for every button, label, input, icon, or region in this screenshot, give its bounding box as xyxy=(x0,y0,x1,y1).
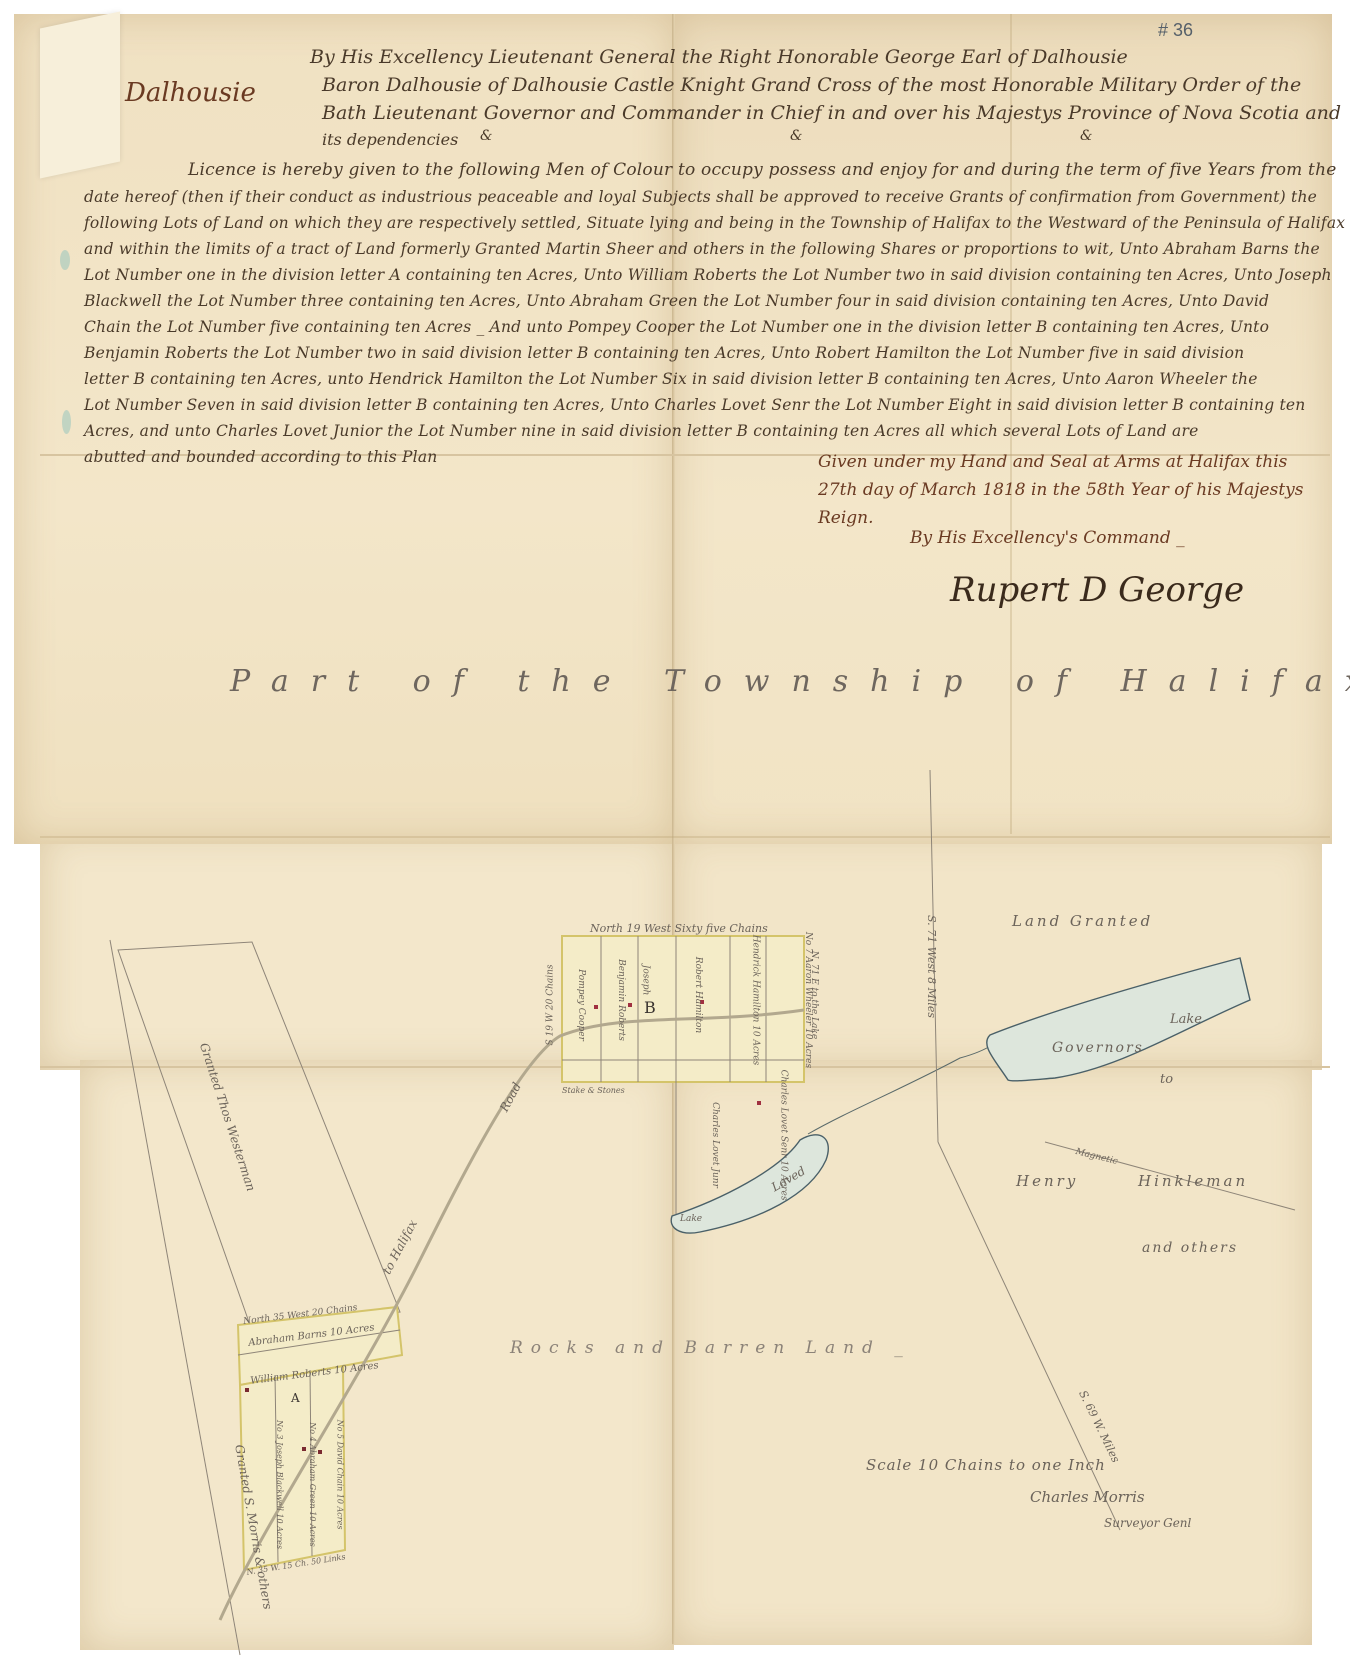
ink-stain xyxy=(62,410,71,434)
label-division-a: A xyxy=(291,1391,300,1405)
label-henry: Henry xyxy=(1016,1172,1078,1190)
label-land-granted: Land Granted xyxy=(1012,912,1153,930)
header-line-3: Bath Lieutenant Governor and Commander i… xyxy=(322,102,1341,124)
licence-line: Acres, and unto Charles Lovet Junior the… xyxy=(84,422,1198,440)
lot-b-6: Hendrick Hamilton 10 Acres xyxy=(750,935,760,1066)
margin-signature: Dalhousie xyxy=(125,78,256,108)
licence-line: Lot Number Seven in said division letter… xyxy=(84,396,1305,414)
lot-b-2: Benjamin Roberts xyxy=(616,959,626,1041)
reference-number: # 36 xyxy=(1158,20,1193,41)
header-line-2: Baron Dalhousie of Dalhousie Castle Knig… xyxy=(322,74,1301,96)
lot-b-3: Joseph xyxy=(640,965,650,996)
licence-line: Benjamin Roberts the Lot Number two in s… xyxy=(84,344,1244,362)
command-line: By His Excellency's Command _ xyxy=(910,528,1185,548)
licence-line: Chain the Lot Number five containing ten… xyxy=(84,318,1269,336)
licence-line: following Lots of Land on which they are… xyxy=(84,214,1345,232)
label-b-left-bearing: S 19 W 20 Chains xyxy=(546,964,556,1045)
label-lake: Lake xyxy=(1170,1012,1202,1027)
surveyor-name: Charles Morris xyxy=(1030,1488,1145,1506)
header-mark: & xyxy=(480,128,492,144)
label-hinkleman: Hinkleman xyxy=(1138,1172,1248,1190)
header-mark: & xyxy=(790,128,802,144)
label-bearing-north: S. 71 West 8 Miles xyxy=(925,915,938,1018)
folded-corner-seal xyxy=(40,11,120,178)
lot-b-8: Charles Lovet Senr 10 Acres xyxy=(778,1070,788,1201)
ink-stain xyxy=(60,250,70,270)
lot-b-9: Charles Lovet Junr xyxy=(710,1102,720,1188)
licence-line: Blackwell the Lot Number three containin… xyxy=(84,292,1269,310)
label-to: to xyxy=(1160,1072,1173,1087)
lot-a-4: No 4 Abraham Green 10 Acres xyxy=(308,1422,317,1547)
attestation-line: Reign. xyxy=(818,508,874,528)
label-division-b: B xyxy=(644,998,656,1017)
header-line-4: its dependencies xyxy=(322,130,458,149)
horizontal-fold xyxy=(40,1066,1330,1068)
paper-sheet-middle-right xyxy=(672,830,1322,1070)
label-rocks-barren-land: Rocks and Barren Land _ xyxy=(510,1338,911,1358)
licence-line: letter B containing ten Acres, unto Hend… xyxy=(84,370,1258,388)
label-and-others: and others xyxy=(1142,1240,1238,1256)
surveyor-title: Surveyor Genl xyxy=(1104,1516,1191,1530)
map-scale: Scale 10 Chains to one Inch xyxy=(866,1456,1106,1474)
label-lake-small: Lake xyxy=(680,1214,702,1224)
vertical-fold xyxy=(672,14,675,1644)
lot-b-5: Robert Hamilton xyxy=(693,957,703,1033)
lot-a-3: No 3 Joseph Blackwell 10 Acres xyxy=(275,1420,284,1549)
label-governors: Governors xyxy=(1052,1040,1144,1056)
header-mark: & xyxy=(1080,128,1092,144)
label-b-top-bearing: North 19 West Sixty five Chains xyxy=(590,922,768,935)
licence-line: Licence is hereby given to the following… xyxy=(188,160,1337,180)
header-line-1: By His Excellency Lieutenant General the… xyxy=(310,46,1128,68)
lot-b-7: No 7 Aaron Wheeler 10 Acres xyxy=(803,932,813,1068)
lot-b-1: Pompey Cooper xyxy=(576,969,586,1041)
map-title: Part of the Township of Halifax _ xyxy=(230,664,1350,699)
licence-line: Lot Number one in the division letter A … xyxy=(84,266,1332,284)
attestation-line: 27th day of March 1818 in the 58th Year … xyxy=(818,480,1304,500)
attestation-line: Given under my Hand and Seal at Arms at … xyxy=(818,452,1287,472)
licence-line: abutted and bounded according to this Pl… xyxy=(84,448,437,466)
lot-a-5: No 5 David Chain 10 Acres xyxy=(335,1420,344,1530)
label-stake-and-stones: Stake & Stones xyxy=(562,1086,625,1095)
horizontal-crease xyxy=(40,836,1330,838)
licence-line: date hereof (then if their conduct as in… xyxy=(84,188,1317,206)
licence-line: and within the limits of a tract of Land… xyxy=(84,240,1320,258)
secretary-signature: Rupert D George xyxy=(950,570,1244,610)
